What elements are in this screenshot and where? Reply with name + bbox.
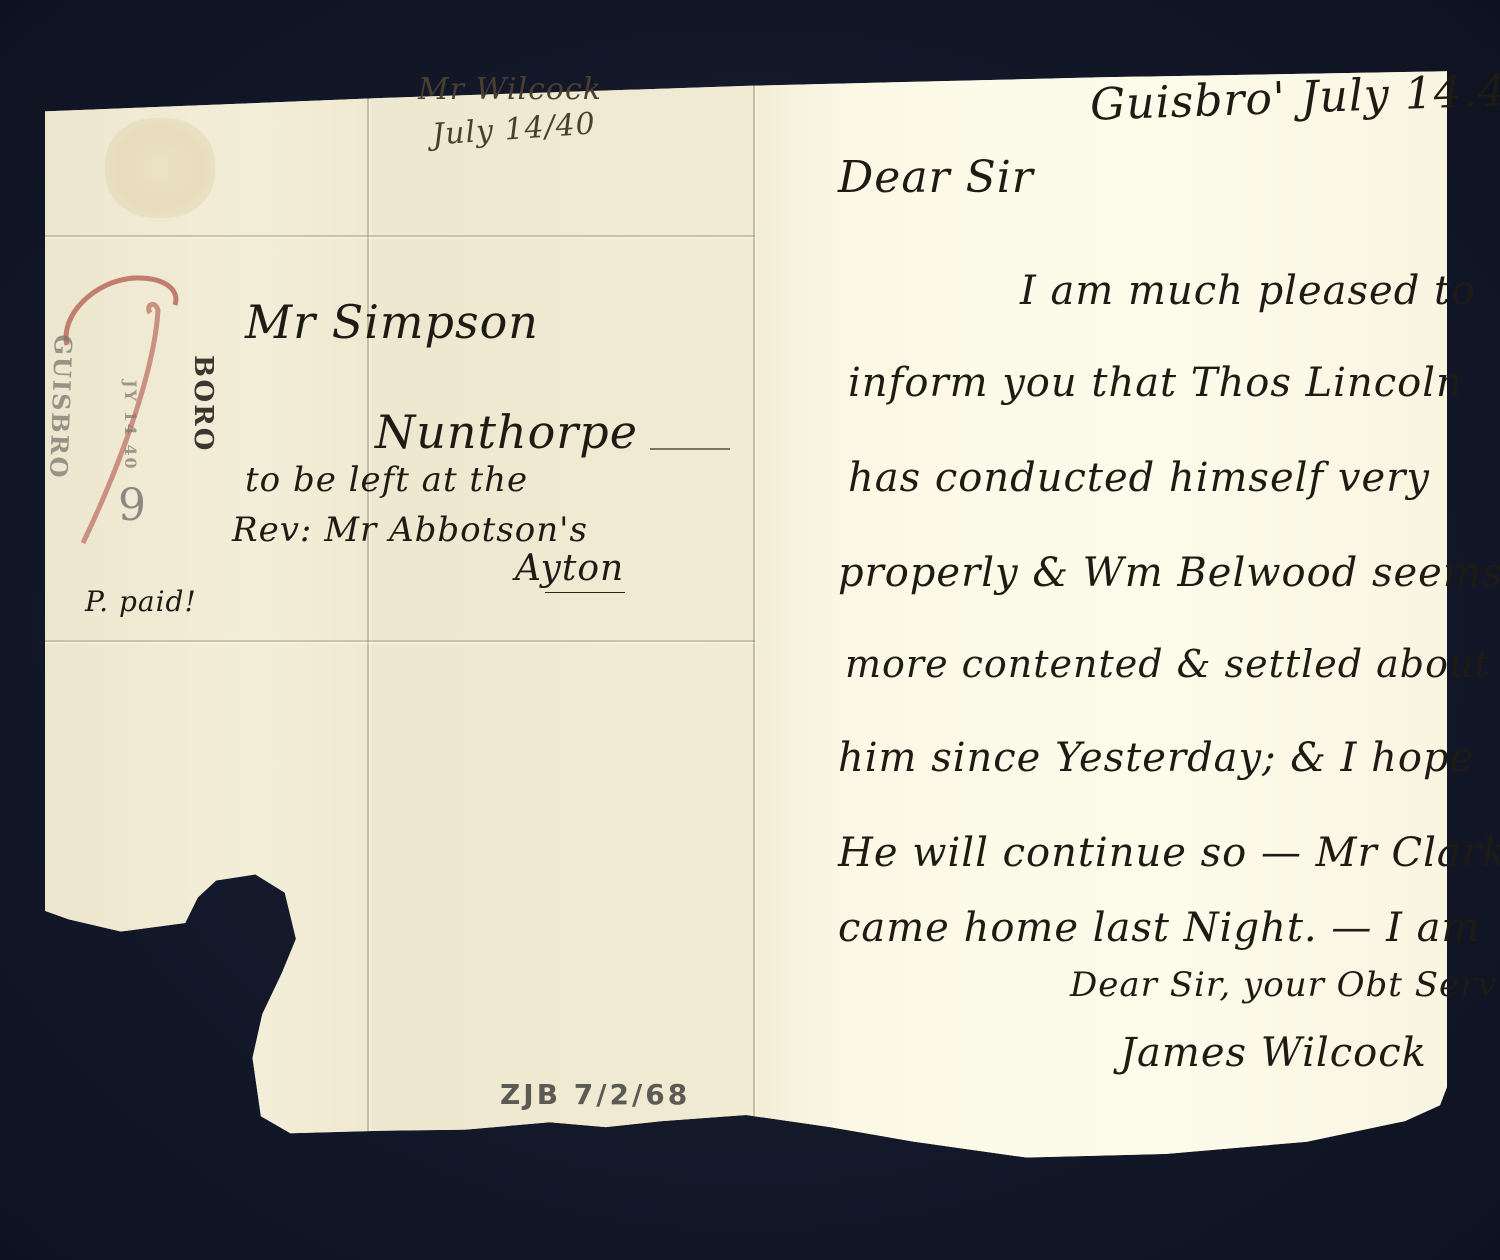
fold-line-horizontal-2 <box>45 640 755 642</box>
letter-line-5: more contented & settled about <box>845 642 1491 686</box>
postage-paid-note: P. paid! <box>85 585 197 618</box>
letter-line-2: inform you that Thos Lincoln <box>848 360 1463 406</box>
fold-line-vertical-2 <box>753 30 755 1245</box>
letter-line-6: him since Yesterday; & I hope <box>838 735 1474 781</box>
pencil-rate-mark: 9 <box>118 480 147 531</box>
address-town: Ayton <box>515 548 624 589</box>
letter-closing: Dear Sir, your Obt Servt <box>1070 965 1500 1005</box>
address-place: Nunthorpe <box>375 405 638 459</box>
letter-line-4: properly & Wm Belwood seems <box>838 550 1500 596</box>
fold-line-horizontal-1 <box>45 235 755 237</box>
postmark-date: JY 14 40 <box>121 380 140 471</box>
letter-signature: James Wilcock <box>1120 1030 1427 1076</box>
address-name: Mr Simpson <box>245 295 539 349</box>
town-underline <box>545 592 625 593</box>
address-instruction: to be left at the <box>245 460 528 500</box>
docket-name: Mr Wilcock <box>418 72 602 107</box>
letter-line-7: He will continue so — Mr Clark <box>838 830 1500 876</box>
letter-salutation: Dear Sir <box>838 152 1034 203</box>
fold-line-vertical-1 <box>367 30 369 1245</box>
wax-seal-remnant <box>105 118 215 218</box>
letter-line-1: I am much pleased to <box>1020 268 1476 314</box>
place-flourish <box>650 448 730 450</box>
circular-postmark: GUISBRO <box>44 334 78 480</box>
archive-reference: ZJB 7/2/68 <box>500 1078 690 1111</box>
address-care-of: Rev: Mr Abbotson's <box>232 510 588 550</box>
letter-line-8: came home last Night. — I am <box>838 905 1480 951</box>
letter-line-3: has conducted himself very <box>848 455 1430 501</box>
straight-line-postmark: BORO <box>188 355 218 452</box>
